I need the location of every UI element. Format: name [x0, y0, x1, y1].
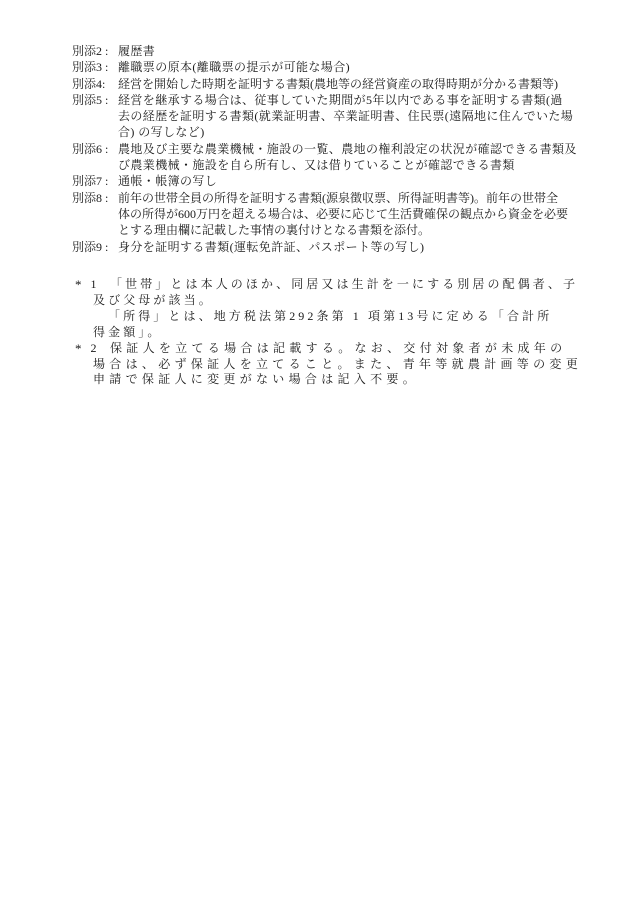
- note-number: 2: [91, 341, 97, 357]
- attachment-line: 去の経歴を証明する書類(就業証明書、卒業証明書、住民票(遠隔地に住んでいた場: [118, 108, 592, 124]
- note-text: 場合は、必ず保証人を立てること。また、青年等就農計画等の変更: [93, 357, 582, 371]
- asterisk-mark: *: [75, 341, 82, 357]
- attachment-text: 履歴書: [118, 43, 592, 59]
- attachment-line: 経営を開始した時期を証明する書類(農地等の経営資産の取得時期が分かる書類等): [118, 76, 592, 92]
- attachment-line: とする理由欄に記載した事情の裏付けとなる書類を添付。: [118, 222, 592, 238]
- attachment-text: 経営を開始した時期を証明する書類(農地等の経営資産の取得時期が分かる書類等): [118, 76, 592, 92]
- attachment-line: 経営を継承する場合は、従事していた期間が5年以内である事を証明する書類(過: [118, 92, 592, 108]
- attachment-row: 別添6 :農地及び主要な農業機械・施設の一覧、農地の権利設定の状況が確認できる書…: [72, 141, 592, 174]
- attachment-row: 別添7 :通帳・帳簿の写し: [72, 173, 592, 189]
- attachment-line: 合) の写しなど): [118, 124, 592, 140]
- note-number: 1: [91, 277, 97, 293]
- attachment-line: 離職票の原本(離職票の提示が可能な場合): [118, 59, 592, 75]
- note-text: 「所得」とは、地方税法第292条第 1 項第13号に定める「合計所: [108, 309, 552, 323]
- attachment-line: 通帳・帳簿の写し: [118, 173, 592, 189]
- notes-section: *1「世帯」とは本人のほか、同居又は生計を一にする別居の配偶者、子及び父母が該当…: [0, 277, 630, 388]
- attachment-row: 別添8 :前年の世帯全員の所得を証明する書類(源泉徴収票、所得証明書等)。前年の…: [72, 190, 592, 239]
- note-text: 得金額」。: [93, 325, 163, 339]
- document-page: 別添2 :履歴書別添3 :離職票の原本(離職票の提示が可能な場合)別添4:経営を…: [0, 0, 630, 903]
- note-line: *1「世帯」とは本人のほか、同居又は生計を一にする別居の配偶者、子: [110, 277, 630, 293]
- attachment-row: 別添5 :経営を継承する場合は、従事していた期間が5年以内である事を証明する書類…: [72, 92, 592, 141]
- attachment-line: 農地及び主要な農業機械・施設の一覧、農地の権利設定の状況が確認できる書類及: [118, 141, 592, 157]
- attachment-text: 農地及び主要な農業機械・施設の一覧、農地の権利設定の状況が確認できる書類及び農業…: [118, 141, 592, 174]
- attachment-line: 履歴書: [118, 43, 592, 59]
- note-text: 「世帯」とは本人のほか、同居又は生計を一にする別居の配偶者、子: [110, 277, 578, 291]
- attachment-label: 別添3 :: [72, 59, 118, 75]
- note-line: 及び父母が該当。: [93, 293, 630, 309]
- attachment-label: 別添5 :: [72, 92, 118, 108]
- note-line: 得金額」。: [93, 325, 630, 341]
- attachment-line: 前年の世帯全員の所得を証明する書類(源泉徴収票、所得証明書等)。前年の世帯全: [118, 190, 592, 206]
- note-text: 保証人を立てる場合は記載する。なお、交付対象者が未成年の: [110, 341, 566, 355]
- attachment-line: 体の所得が600万円を超える場合は、必要に応じて生活費確保の観点から資金を必要: [118, 206, 592, 222]
- note-line: 「所得」とは、地方税法第292条第 1 項第13号に定める「合計所: [108, 309, 630, 325]
- note-line: 場合は、必ず保証人を立てること。また、青年等就農計画等の変更: [93, 357, 630, 373]
- attachment-label: 別添6 :: [72, 141, 118, 157]
- attachment-label: 別添8 :: [72, 190, 118, 206]
- note-line: *2保証人を立てる場合は記載する。なお、交付対象者が未成年の: [110, 341, 630, 357]
- attachment-label: 別添2 :: [72, 43, 118, 59]
- attachment-line: 身分を証明する書類(運転免許証、パスポート等の写し): [118, 239, 592, 255]
- attachment-label: 別添9 :: [72, 239, 118, 255]
- note-marker: *1: [75, 277, 110, 293]
- attachment-text: 経営を継承する場合は、従事していた期間が5年以内である事を証明する書類(過去の経…: [118, 92, 592, 141]
- attachment-label: 別添4:: [72, 76, 118, 92]
- note-line: 申請で保証人に変更がない場合は記入不要。: [93, 372, 630, 388]
- attachment-row: 別添9 :身分を証明する書類(運転免許証、パスポート等の写し): [72, 239, 592, 255]
- attachment-line: び農業機械・施設を自ら所有し、又は借りていることが確認できる書類: [118, 157, 592, 173]
- attachment-row: 別添3 :離職票の原本(離職票の提示が可能な場合): [72, 59, 592, 75]
- note-text: 及び父母が該当。: [93, 293, 214, 307]
- attachment-row: 別添2 :履歴書: [72, 43, 592, 59]
- note-block: *1「世帯」とは本人のほか、同居又は生計を一にする別居の配偶者、子及び父母が該当…: [0, 277, 630, 341]
- note-marker: *2: [75, 341, 110, 357]
- note-block: *2保証人を立てる場合は記載する。なお、交付対象者が未成年の場合は、必ず保証人を…: [0, 341, 630, 389]
- attachment-text: 通帳・帳簿の写し: [118, 173, 592, 189]
- attachment-label: 別添7 :: [72, 173, 118, 189]
- attachment-text: 前年の世帯全員の所得を証明する書類(源泉徴収票、所得証明書等)。前年の世帯全体の…: [118, 190, 592, 239]
- attachment-text: 離職票の原本(離職票の提示が可能な場合): [118, 59, 592, 75]
- attachment-text: 身分を証明する書類(運転免許証、パスポート等の写し): [118, 239, 592, 255]
- asterisk-mark: *: [75, 277, 82, 293]
- note-text: 申請で保証人に変更がない場合は記入不要。: [93, 372, 419, 386]
- attachment-list: 別添2 :履歴書別添3 :離職票の原本(離職票の提示が可能な場合)別添4:経営を…: [72, 43, 592, 255]
- attachment-row: 別添4:経営を開始した時期を証明する書類(農地等の経営資産の取得時期が分かる書類…: [72, 76, 592, 92]
